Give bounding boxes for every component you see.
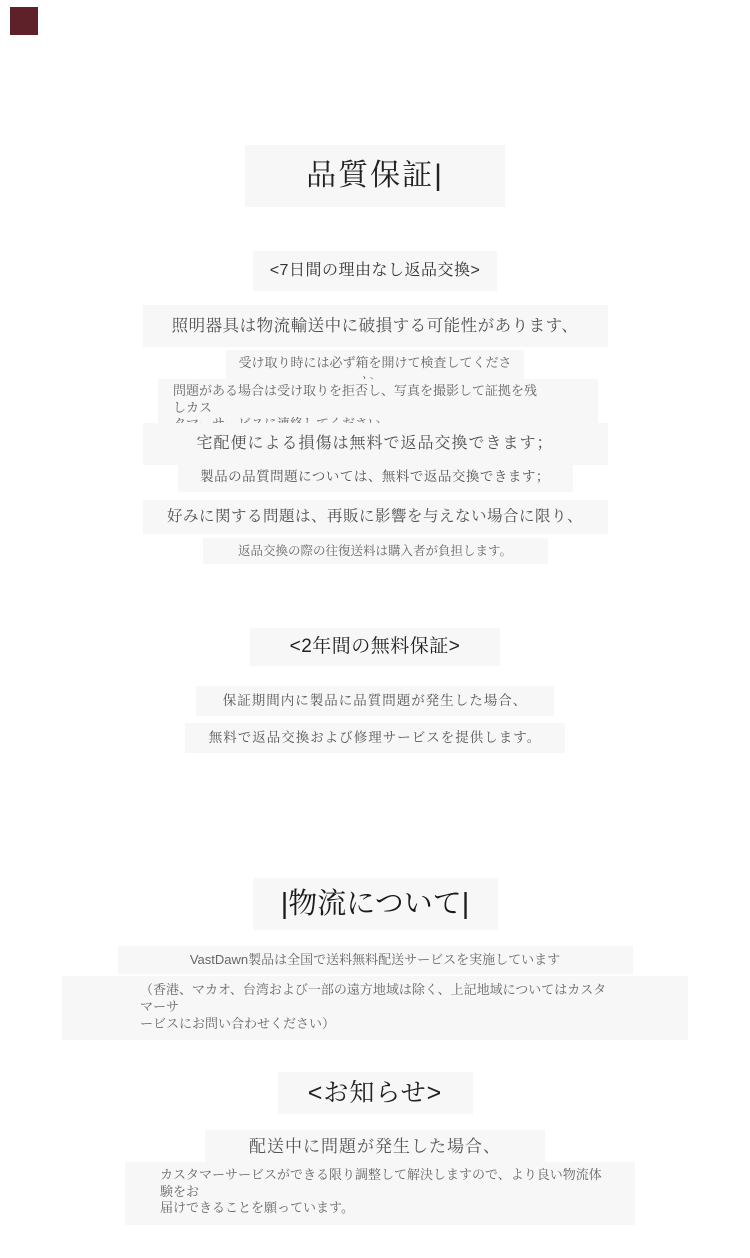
notice-heading: <お知らせ>: [278, 1072, 473, 1114]
quality-issue-line: 製品の品質問題については、無料で返品交換できます；: [178, 462, 573, 492]
warranty-condition-row: 保証期間内に製品に品質問題が発生した場合、: [0, 686, 750, 716]
warranty-service-row: 無料で返品交換および修理サービスを提供します。: [0, 723, 750, 753]
seven-day-return-heading: <7日間の理由なし返品交換>: [253, 251, 497, 291]
quality-section: 品質保証|: [0, 145, 750, 207]
product-info-page: 品質保証| <7日間の理由なし返品交換> 照明器具は物流輸送中に破損する可能性が…: [0, 0, 750, 1258]
notice-block: <お知らせ>: [0, 1072, 750, 1114]
shipping-damage-line: 照明器具は物流輸送中に破損する可能性があります、: [143, 305, 608, 347]
warranty-service-line: 無料で返品交換および修理サービスを提供します。: [185, 723, 565, 753]
free-shipping-line: VastDawn製品は全国で送料無料配送サービスを実施しています: [118, 946, 633, 974]
quality-issue-row: 製品の品質問題については、無料で返品交換できます；: [0, 462, 750, 492]
free-shipping-row: VastDawn製品は全国で送料無料配送サービスを実施しています: [0, 946, 750, 974]
courier-damage-line: 宅配便による損傷は無料で返品交換できます；: [143, 423, 608, 465]
return-fee-line: 返品交換の際の往復送料は購入者が負担します。: [203, 538, 548, 564]
delivery-problem-row: 配送中に問題が発生した場合、: [0, 1130, 750, 1164]
customer-service-line-2: 届けできることを願っています。: [160, 1200, 607, 1217]
delivery-problem-line: 配送中に問題が発生した場合、: [205, 1130, 545, 1164]
preference-issue-line: 好みに関する問題は、再販に影響を与えない場合に限り、: [143, 500, 608, 534]
customer-service-paragraph: カスタマーサービスができる限り調整して解決しますので、より良い物流体験をお 届け…: [125, 1162, 635, 1225]
shipping-exclusion-line-1: （香港、マカオ、台湾および一部の遠方地域は除く、上記地域についてはカスタマーサ: [140, 981, 608, 1015]
warranty-block: <2年間の無料保証>: [0, 628, 750, 666]
shipping-damage-row: 照明器具は物流輸送中に破損する可能性があります、: [0, 305, 750, 347]
quality-title: 品質保証|: [245, 145, 505, 207]
refuse-delivery-line-1: 問題がある場合は受け取りを拒否し、写真を撮影して証拠を残しカス: [173, 383, 549, 416]
preference-issue-row: 好みに関する問題は、再販に影響を与えない場合に限り、: [0, 500, 750, 534]
seven-day-return-block: <7日間の理由なし返品交換>: [0, 251, 750, 291]
warranty-condition-line: 保証期間内に製品に品質問題が発生した場合、: [196, 686, 554, 716]
logistics-section: |物流について|: [0, 878, 750, 930]
return-fee-row: 返品交換の際の往復送料は購入者が負担します。: [0, 538, 750, 564]
courier-damage-row: 宅配便による損傷は無料で返品交換できます；: [0, 423, 750, 465]
warranty-heading: <2年間の無料保証>: [250, 628, 500, 666]
logistics-title: |物流について|: [253, 878, 498, 930]
shipping-exclusion-paragraph: （香港、マカオ、台湾および一部の遠方地域は除く、上記地域についてはカスタマーサ …: [62, 976, 688, 1040]
shipping-exclusion-line-2: ービスにお問い合わせください）: [140, 1015, 608, 1032]
brand-color-square: [10, 7, 38, 35]
customer-service-line-1: カスタマーサービスができる限り調整して解決しますので、より良い物流体験をお: [160, 1167, 607, 1200]
